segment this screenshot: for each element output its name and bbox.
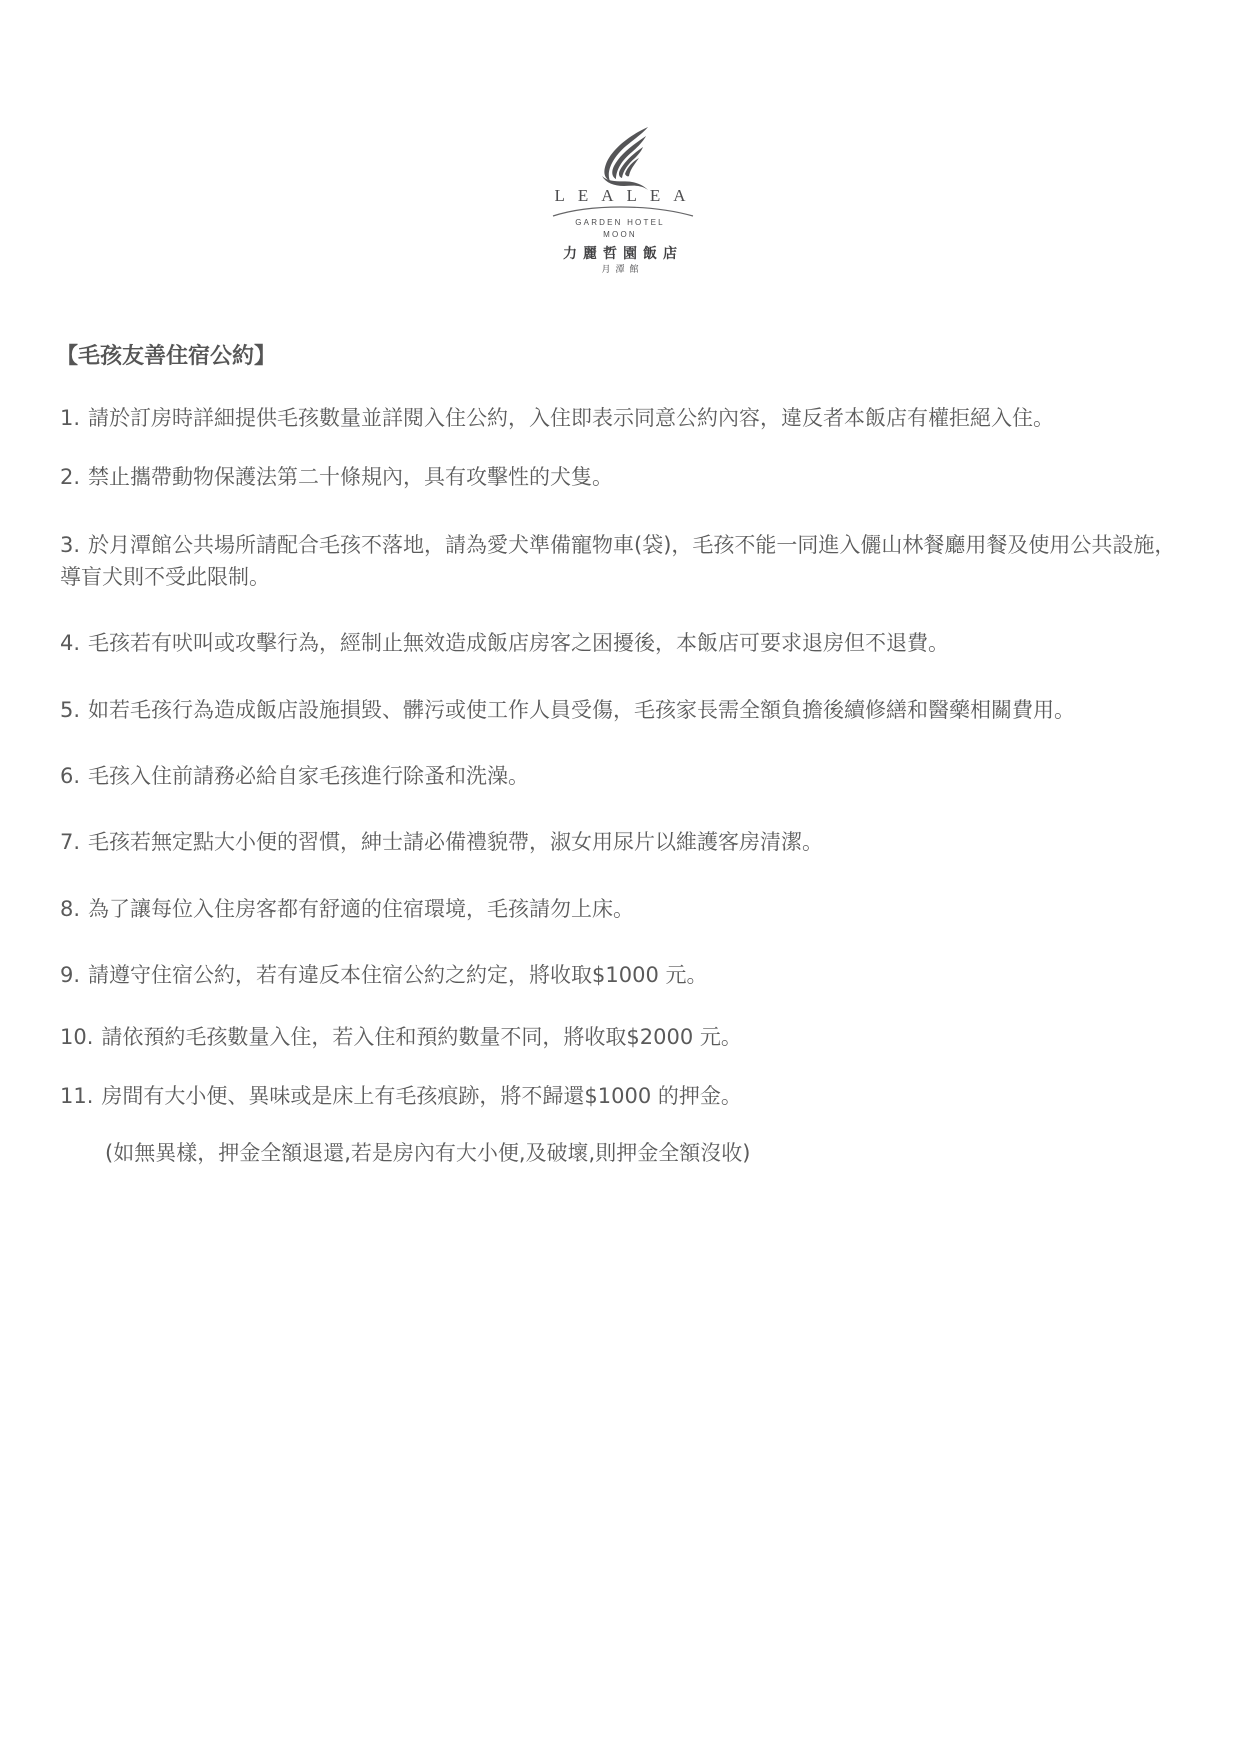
rule-text: 於月潭館公共場所請配合毛孩不落地，請為愛犬準備寵物車(袋)，毛孩不能一同進入儷山… (60, 533, 1175, 589)
rule-number: 2. (60, 465, 80, 489)
rule-number: 5. (60, 698, 80, 722)
rule-text: 為了讓每位入住房客都有舒適的住宿環境，毛孩請勿上床。 (88, 897, 634, 921)
brand-chinese-name: 力麗哲園飯店 (540, 243, 700, 263)
rule-number: 10. (60, 1025, 93, 1049)
rule-number: 3. (60, 533, 80, 557)
rule-item: 5.如若毛孩行為造成飯店設施損毀、髒污或使工作人員受傷，毛孩家長需全額負擔後續修… (60, 694, 1190, 726)
rule-text: 請遵守住宿公約，若有違反本住宿公約之約定，將收取$1000 元。 (88, 963, 707, 987)
rule-item: 8.為了讓每位入住房客都有舒適的住宿環境，毛孩請勿上床。 (60, 893, 1190, 925)
rule-text: 如若毛孩行為造成飯店設施損毀、髒污或使工作人員受傷，毛孩家長需全額負擔後續修繕和… (88, 698, 1075, 722)
rule-text: 請於訂房時詳細提供毛孩數量並詳閱入住公約，入住即表示同意公約內容，違反者本飯店有… (88, 406, 1054, 430)
rule-text: 禁止攜帶動物保護法第二十條規內，具有攻擊性的犬隻。 (88, 465, 613, 489)
rule-item: 3.於月潭館公共場所請配合毛孩不落地，請為愛犬準備寵物車(袋)，毛孩不能一同進入… (60, 529, 1190, 593)
rule-text: 毛孩若有吠叫或攻擊行為，經制止無效造成飯店房客之困擾後，本飯店可要求退房但不退費… (88, 631, 949, 655)
rule-item: 9.請遵守住宿公約，若有違反本住宿公約之約定，將收取$1000 元。 (60, 959, 1190, 991)
rule-item: 4.毛孩若有吠叫或攻擊行為，經制止無效造成飯店房客之困擾後，本飯店可要求退房但不… (60, 627, 1190, 659)
brand-location: MOON (540, 230, 700, 239)
document-title: 【毛孩友善住宿公約】 (56, 339, 276, 370)
rule-number: 1. (60, 406, 80, 430)
rule-number: 7. (60, 830, 80, 854)
rule-item: 11.房間有大小便、異味或是床上有毛孩痕跡，將不歸還$1000 的押金。 (60, 1080, 1190, 1112)
rule-number: 4. (60, 631, 80, 655)
brand-name: LEALEA (540, 186, 700, 206)
deposit-note: (如無異樣，押金全額退還,若是房內有大小便,及破壞,則押金全額沒收) (105, 1137, 750, 1169)
rule-item: 10.請依預約毛孩數量入住，若入住和預約數量不同，將收取$2000 元。 (60, 1021, 1190, 1053)
rule-number: 8. (60, 897, 80, 921)
rule-item: 2.禁止攜帶動物保護法第二十條規內，具有攻擊性的犬隻。 (60, 461, 1190, 493)
rule-item: 6.毛孩入住前請務必給自家毛孩進行除蚤和洗澡。 (60, 760, 1190, 792)
rule-text: 毛孩若無定點大小便的習慣，紳士請必備禮貌帶，淑女用尿片以維護客房清潔。 (88, 830, 823, 854)
hotel-logo: LEALEA GARDEN HOTEL MOON 力麗哲園飯店 月潭館 (540, 120, 700, 280)
brand-subtitle: GARDEN HOTEL (540, 218, 700, 227)
rule-number: 9. (60, 963, 80, 987)
rule-number: 6. (60, 764, 80, 788)
rule-text: 毛孩入住前請務必給自家毛孩進行除蚤和洗澡。 (88, 764, 529, 788)
rule-item: 7.毛孩若無定點大小便的習慣，紳士請必備禮貌帶，淑女用尿片以維護客房清潔。 (60, 826, 1190, 858)
rule-text: 房間有大小便、異味或是床上有毛孩痕跡，將不歸還$1000 的押金。 (101, 1084, 741, 1108)
brand-chinese-branch: 月潭館 (540, 262, 700, 275)
rule-number: 11. (60, 1084, 93, 1108)
rule-item: 1.請於訂房時詳細提供毛孩數量並詳閱入住公約，入住即表示同意公約內容，違反者本飯… (60, 402, 1190, 434)
rule-text: 請依預約毛孩數量入住，若入住和預約數量不同，將收取$2000 元。 (101, 1025, 741, 1049)
